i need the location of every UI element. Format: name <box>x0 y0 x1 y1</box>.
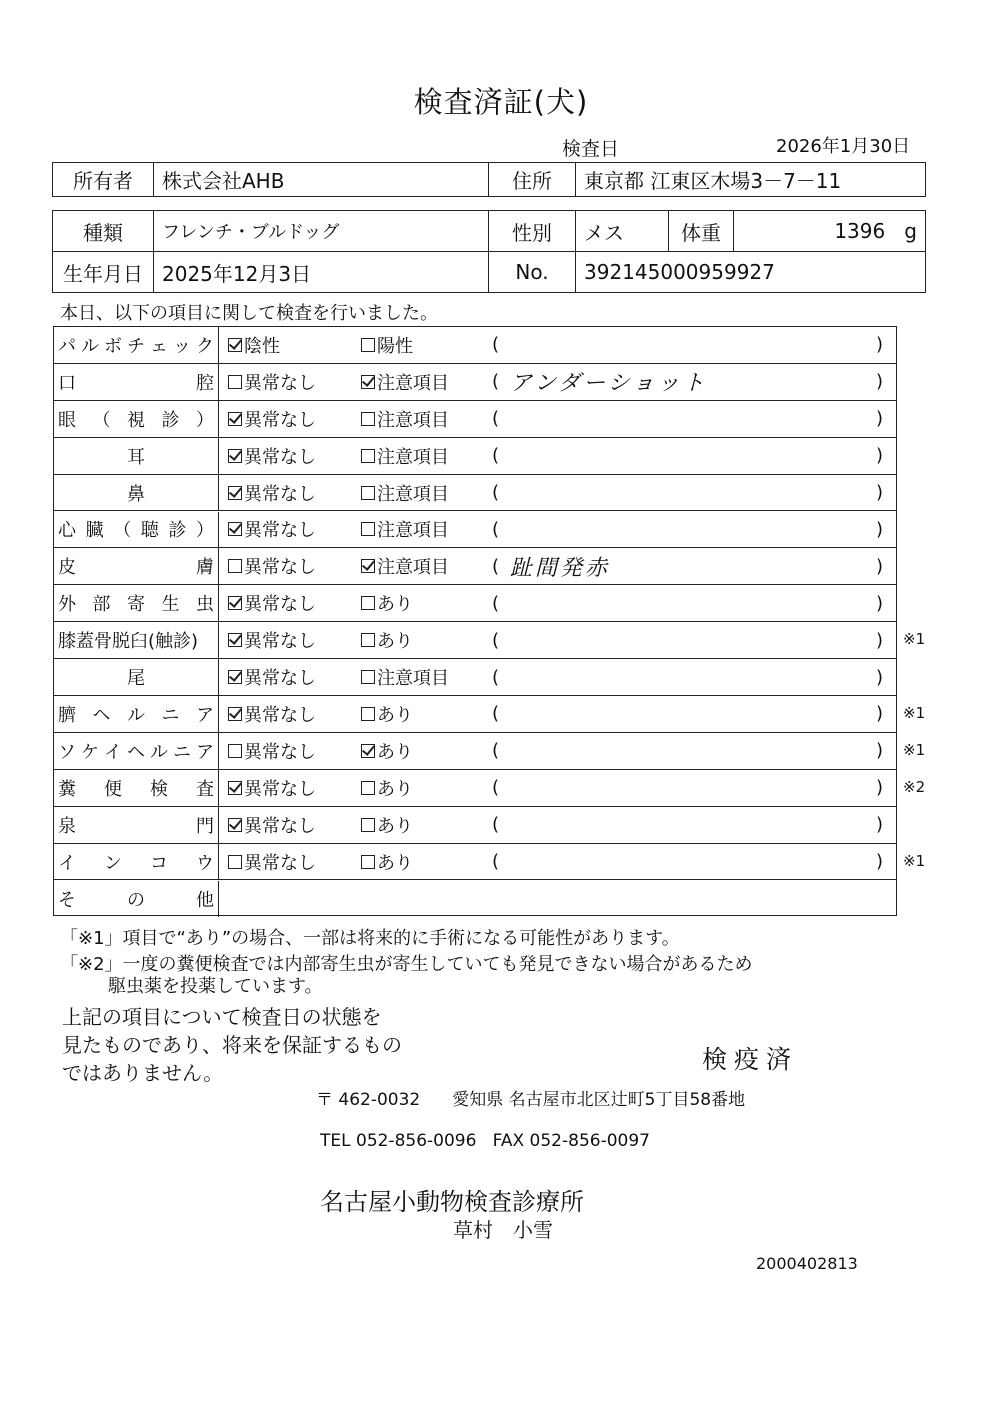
option-abnormal[interactable]: あり <box>361 733 413 769</box>
option-abnormal[interactable]: 注意項目 <box>361 512 449 548</box>
disclaimer-line2: 見たものであり、将来を保証するもの <box>62 1031 402 1059</box>
exam-date-label: 検査日 <box>562 134 619 161</box>
paren-close: ) <box>876 770 883 806</box>
paren-close: ) <box>876 585 883 621</box>
footnote-marker: ※1 <box>903 704 925 722</box>
checkbox-icon[interactable] <box>228 522 242 536</box>
checkbox-icon[interactable] <box>361 781 375 795</box>
option-normal[interactable]: 異常なし <box>228 585 316 621</box>
item-label: パルボチェック <box>54 327 219 363</box>
option-abnormal[interactable]: あり <box>361 622 413 658</box>
checklist-row: インコウ異常なしあり() <box>54 844 896 881</box>
checklist-row: 眼（視診）異常なし注意項目() <box>54 401 896 438</box>
paren-close: ) <box>876 659 883 695</box>
handwritten-note[interactable]: アンダーショット <box>510 364 707 400</box>
checkbox-icon[interactable] <box>361 559 375 573</box>
option-abnormal[interactable]: 注意項目 <box>361 364 449 400</box>
paren-close: ) <box>876 844 883 880</box>
item-label: 膝蓋骨脱臼(触診) <box>54 622 219 658</box>
checkbox-icon[interactable] <box>361 375 375 389</box>
sex-value: メス <box>576 211 669 252</box>
checkbox-icon[interactable] <box>361 486 375 500</box>
checklist-row: 耳異常なし注意項目() <box>54 438 896 475</box>
footnote-2-line2: 駆虫薬を投薬しています。 <box>108 972 323 998</box>
option-abnormal[interactable]: 注意項目 <box>361 548 449 584</box>
checkbox-icon[interactable] <box>228 781 242 795</box>
checklist-row: 糞便検査異常なしあり() <box>54 770 896 807</box>
fax: FAX 052-856-0097 <box>493 1131 650 1151</box>
disclaimer-line3: ではありません。 <box>62 1059 402 1087</box>
owner-table: 所有者 株式会社AHB 住所 東京都 江東区木場3－7－11 <box>52 162 926 197</box>
item-label: 糞便検査 <box>54 770 219 806</box>
checklist-row: 外部寄生虫異常なしあり() <box>54 585 896 622</box>
option-normal[interactable]: 陰性 <box>228 327 280 363</box>
item-label: 心臓（聴診） <box>54 512 219 548</box>
checklist-row: 心臓（聴診）異常なし注意項目() <box>54 512 896 549</box>
paren-open: ( <box>492 696 499 732</box>
item-label: 鼻 <box>54 475 219 511</box>
checkbox-icon[interactable] <box>228 670 242 684</box>
checkbox-icon[interactable] <box>228 486 242 500</box>
checkbox-icon[interactable] <box>361 596 375 610</box>
option-normal[interactable]: 異常なし <box>228 622 316 658</box>
checklist-row: 臍ヘルニア異常なしあり() <box>54 696 896 733</box>
item-label: 眼（視診） <box>54 401 219 437</box>
checkbox-icon[interactable] <box>228 744 242 758</box>
checkbox-icon[interactable] <box>228 633 242 647</box>
option-abnormal[interactable]: あり <box>361 844 413 880</box>
checkbox-icon[interactable] <box>361 818 375 832</box>
checklist-row: 泉門異常なしあり() <box>54 807 896 844</box>
option-abnormal[interactable]: 注意項目 <box>361 475 449 511</box>
checkbox-icon[interactable] <box>361 338 375 352</box>
checkbox-icon[interactable] <box>228 375 242 389</box>
checkbox-icon[interactable] <box>361 522 375 536</box>
paren-open: ( <box>492 585 499 621</box>
disclaimer: 上記の項目について検査日の状態を 見たものであり、将来を保証するもの ではありま… <box>62 1003 402 1087</box>
option-normal[interactable]: 異常なし <box>228 844 316 880</box>
paren-close: ) <box>876 807 883 843</box>
checkbox-icon[interactable] <box>361 449 375 463</box>
paren-open: ( <box>492 475 499 511</box>
checkbox-icon[interactable] <box>361 633 375 647</box>
item-label: 尾 <box>54 659 219 695</box>
paren-open: ( <box>492 438 499 474</box>
weight-cell: 1396 g <box>734 211 926 252</box>
option-abnormal[interactable]: 注意項目 <box>361 438 449 474</box>
clinic-address: 〒 462-0032愛知県 名古屋市北区辻町5丁目58番地 <box>316 1085 777 1110</box>
paren-open: ( <box>492 844 499 880</box>
paren-close: ) <box>876 438 883 474</box>
checkbox-icon[interactable] <box>228 855 242 869</box>
paren-open: ( <box>492 733 499 769</box>
checklist-table: パルボチェック陰性陽性()口腔異常なし注意項目(アンダーショット)眼（視診）異常… <box>53 326 897 916</box>
handwritten-note[interactable]: 趾間発赤 <box>510 548 610 584</box>
paren-open: ( <box>492 622 499 658</box>
option-abnormal[interactable]: あり <box>361 807 413 843</box>
paren-close: ) <box>876 548 883 584</box>
exam-date-value: 2026年1月30日 <box>776 132 910 158</box>
checklist-row: 皮膚異常なし注意項目(趾間発赤) <box>54 548 896 585</box>
footnote-marker: ※2 <box>903 778 925 796</box>
checklist-row: パルボチェック陰性陽性() <box>54 327 896 364</box>
animal-table: 種類 フレンチ・ブルドッグ 性別 メス 体重 1396 g 生年月日 2025年… <box>52 210 926 293</box>
option-abnormal[interactable]: 陽性 <box>361 327 413 363</box>
checklist-row: 尾異常なし注意項目() <box>54 659 896 696</box>
breed-label: 種類 <box>53 211 154 252</box>
weight-label: 体重 <box>669 211 734 252</box>
weight-value: 1396 <box>834 219 885 243</box>
item-label: 皮膚 <box>54 548 219 584</box>
paren-open: ( <box>492 770 499 806</box>
option-normal[interactable]: 異常なし <box>228 770 316 806</box>
owner-value: 株式会社AHB <box>154 163 489 197</box>
item-label: 口腔 <box>54 364 219 400</box>
checklist-row: 鼻異常なし注意項目() <box>54 475 896 512</box>
address: 愛知県 名古屋市北区辻町5丁目58番地 <box>452 1090 745 1110</box>
quarantine-stamp: 検疫済 <box>702 1040 798 1076</box>
option-abnormal[interactable]: 注意項目 <box>361 659 449 695</box>
option-abnormal[interactable]: 注意項目 <box>361 401 449 437</box>
option-abnormal[interactable]: あり <box>361 696 413 732</box>
checklist-row: その他 <box>54 881 896 918</box>
paren-close: ) <box>876 733 883 769</box>
option-normal[interactable]: 異常なし <box>228 438 316 474</box>
disclaimer-line1: 上記の項目について検査日の状態を <box>62 1003 402 1031</box>
paren-close: ) <box>876 327 883 363</box>
owner-label: 所有者 <box>53 163 154 197</box>
dob-value: 2025年12月3日 <box>154 252 489 293</box>
dob-label: 生年月日 <box>53 252 154 293</box>
checkbox-icon[interactable] <box>228 412 242 426</box>
checkbox-icon[interactable] <box>361 670 375 684</box>
serial-number: 2000402813 <box>756 1254 858 1273</box>
checkbox-icon[interactable] <box>228 818 242 832</box>
option-normal[interactable]: 異常なし <box>228 475 316 511</box>
paren-close: ) <box>876 475 883 511</box>
no-label: No. <box>489 252 576 293</box>
option-normal[interactable]: 異常なし <box>228 364 316 400</box>
checkbox-icon[interactable] <box>361 412 375 426</box>
footnote-1: 「※1」項目で“あり”の場合、一部は将来的に手術になる可能性があります。 <box>60 924 680 950</box>
checkbox-icon[interactable] <box>228 596 242 610</box>
tel: TEL 052-856-0096 <box>320 1131 476 1151</box>
checkbox-icon[interactable] <box>361 744 375 758</box>
paren-open: ( <box>492 364 499 400</box>
item-label: ソケイヘルニア <box>54 733 219 769</box>
paren-close: ) <box>876 401 883 437</box>
option-abnormal[interactable]: あり <box>361 585 413 621</box>
item-label: インコウ <box>54 844 219 880</box>
checkbox-icon[interactable] <box>228 449 242 463</box>
paren-open: ( <box>492 548 499 584</box>
item-label: 臍ヘルニア <box>54 696 219 732</box>
sex-label: 性別 <box>489 211 576 252</box>
paren-open: ( <box>492 659 499 695</box>
option-normal[interactable]: 異常なし <box>228 696 316 732</box>
checkbox-icon[interactable] <box>228 338 242 352</box>
address-label: 住所 <box>489 163 576 197</box>
postal-code: 〒 462-0032 <box>316 1090 420 1110</box>
footnote-marker: ※1 <box>903 852 925 870</box>
footnote-marker: ※1 <box>903 630 925 648</box>
paren-open: ( <box>492 807 499 843</box>
paren-open: ( <box>492 327 499 363</box>
paren-open: ( <box>492 512 499 548</box>
breed-value: フレンチ・ブルドッグ <box>154 211 489 252</box>
checklist-row: 口腔異常なし注意項目(アンダーショット) <box>54 364 896 401</box>
item-label: 外部寄生虫 <box>54 585 219 621</box>
vet-name: 草村 小雪 <box>453 1214 553 1243</box>
address-value: 東京都 江東区木場3－7－11 <box>576 163 926 197</box>
checklist-row: 膝蓋骨脱臼(触診)異常なしあり() <box>54 622 896 659</box>
option-normal[interactable]: 異常なし <box>228 733 316 769</box>
checkbox-icon[interactable] <box>228 559 242 573</box>
page-title: 検査済証(犬) <box>0 80 1002 121</box>
footnote-marker: ※1 <box>903 741 925 759</box>
clinic-name: 名古屋小動物検査診療所 <box>320 1182 584 1217</box>
option-normal[interactable]: 異常なし <box>228 807 316 843</box>
paren-close: ) <box>876 512 883 548</box>
intro-text: 本日、以下の項目に関して検査を行いました。 <box>60 299 438 325</box>
clinic-contact: TEL 052-856-0096 FAX 052-856-0097 <box>320 1131 650 1151</box>
no-value: 392145000959927 <box>576 252 926 293</box>
option-normal[interactable]: 異常なし <box>228 512 316 548</box>
option-normal[interactable]: 異常なし <box>228 548 316 584</box>
paren-close: ) <box>876 622 883 658</box>
checkbox-icon[interactable] <box>361 707 375 721</box>
paren-close: ) <box>876 696 883 732</box>
option-abnormal[interactable]: あり <box>361 770 413 806</box>
option-normal[interactable]: 異常なし <box>228 659 316 695</box>
paren-close: ) <box>876 364 883 400</box>
item-label: 耳 <box>54 438 219 474</box>
item-label: 泉門 <box>54 807 219 843</box>
option-normal[interactable]: 異常なし <box>228 401 316 437</box>
weight-unit: g <box>904 219 917 243</box>
item-label: その他 <box>54 881 219 918</box>
checkbox-icon[interactable] <box>361 855 375 869</box>
paren-open: ( <box>492 401 499 437</box>
checklist-row: ソケイヘルニア異常なしあり() <box>54 733 896 770</box>
checkbox-icon[interactable] <box>228 707 242 721</box>
